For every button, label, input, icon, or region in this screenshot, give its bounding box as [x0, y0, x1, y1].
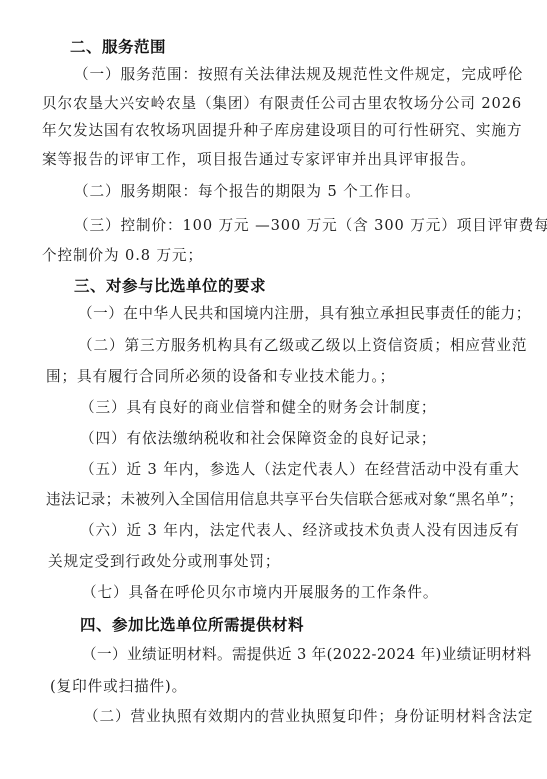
paragraph-line: 违法记录；未被列入全国信用信息共享平台失信联合惩戒对象“黑名单”；: [46, 491, 523, 509]
paragraph-line: （一）业绩证明材料。需提供近 3 年(2022-2024 年)业绩证明材料: [82, 646, 532, 664]
section-heading-materials: 四、参加比选单位所需提供材料: [80, 616, 304, 634]
section-heading-requirements: 三、对参与比选单位的要求: [74, 277, 266, 295]
paragraph-line: （三）具有良好的商业信誉和健全的财务会计制度；: [80, 399, 436, 417]
paragraph-line: （一）在中华人民共和国境内注册，具有独立承担民事责任的能力；: [78, 305, 531, 323]
paragraph-line: 年欠发达国有农牧场巩固提升种子库房建设项目的可行性研究、实施方: [42, 122, 522, 140]
paragraph-line: （五）近 3 年内，参选人（法定代表人）在经营活动中没有重大: [80, 461, 520, 479]
paragraph-line: 关规定受到行政处分或刑事处罚；: [48, 553, 280, 571]
paragraph-line: （一）服务范围：按照有关法律法规及规范性文件规定，完成呼伦: [74, 66, 523, 84]
paragraph-line: （四）有依法缴纳税收和社会保障资金的良好记录；: [80, 430, 436, 448]
paragraph-line: 围；具有履行合同所必须的设备和专业技术能力。；: [46, 368, 395, 386]
paragraph-line: (复印件或扫描件)。: [50, 678, 187, 696]
paragraph-line: （七）具备在呼伦贝尔市境内开展服务的工作条件。: [82, 584, 438, 602]
paragraph-line: 案等报告的评审工作，项目报告通过专家评审并出具评审报告。: [42, 151, 476, 169]
paragraph-line: （三）控制价：100 万元 —300 万元（含 300 万元）项目评审费每: [74, 217, 547, 235]
paragraph-line: （六）近 3 年内，法定代表人、经济或技术负责人没有因违反有: [80, 522, 520, 540]
paragraph-line: （二）营业执照有效期内的营业执照复印件；身份证明材料含法定: [84, 708, 533, 726]
paragraph-line: 贝尔农垦大兴安岭农垦（集团）有限责任公司古里农牧场分公司 2026: [42, 95, 522, 113]
paragraph-line: （二）服务期限：每个报告的期限为 5 个工作日。: [74, 183, 421, 201]
section-heading-service-scope: 二、服务范围: [70, 38, 166, 56]
paragraph-line: （二）第三方服务机构具有乙级或乙级以上资信资质；相应营业范: [78, 337, 527, 355]
paragraph-line: 个控制价为 0.8 万元；: [42, 247, 203, 265]
